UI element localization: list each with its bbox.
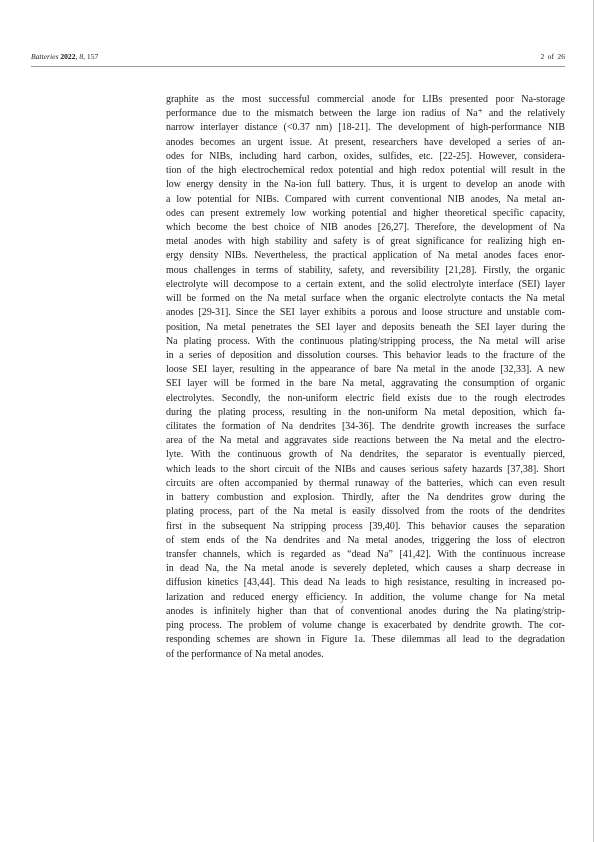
text-line: in a series of deposition and dissolutio… [166, 349, 565, 363]
text-line: diffusion kinetics [43,44]. This dead Na… [166, 576, 565, 590]
journal-name: Batteries [31, 52, 58, 61]
text-line: circuits are often accompanied by therma… [166, 477, 565, 491]
text-line: SEI layer will be formed in the bare Na … [166, 377, 565, 391]
text-line: of stem ends of the Na dendrites and Na … [166, 534, 565, 548]
text-line: will be formed on the Na metal surface w… [166, 292, 565, 306]
text-line: odes for NIBs, including hard carbon, ox… [166, 150, 565, 164]
text-line: anodes [29-31]. Since the SEI layer exhi… [166, 306, 565, 320]
text-line: during the plating process, resulting in… [166, 406, 565, 420]
page-number: 2 of 26 [540, 52, 565, 62]
page-edge-divider [593, 0, 594, 842]
text-line: responding schemes are shown in Figure 1… [166, 633, 565, 647]
journal-volume: 8 [79, 52, 83, 61]
running-header: Batteries 2022, 8, 157 2 of 26 [31, 52, 565, 66]
text-line: performance due to the mismatch between … [166, 107, 565, 121]
text-line: ping process. The problem of volume chan… [166, 619, 565, 633]
text-line: graphite as the most successful commerci… [166, 93, 565, 107]
text-line: metal anodes with high stability and saf… [166, 235, 565, 249]
text-line: a low potential for NIBs. Compared with … [166, 193, 565, 207]
text-line: transfer channels, which is regarded as … [166, 548, 565, 562]
article-number: 157 [87, 52, 98, 61]
journal-year: 2022 [60, 52, 75, 61]
text-line: narrow interlayer distance (<0.37 nm) [1… [166, 121, 565, 135]
text-line: which leads to the short circuit of the … [166, 463, 565, 477]
text-line: cilitates the formation of Na dendrites … [166, 420, 565, 434]
text-line: lyte. With the continuous growth of Na d… [166, 448, 565, 462]
text-line: area of the Na metal and aggravates side… [166, 434, 565, 448]
text-line: in dead Na, the Na metal anode is severe… [166, 562, 565, 576]
text-line: in battery combustion and explosion. Thi… [166, 491, 565, 505]
body-paragraph: graphite as the most successful commerci… [166, 93, 565, 662]
text-line: electrolytes. Secondly, the non-uniform … [166, 392, 565, 406]
text-line: odes can present extremely low working p… [166, 207, 565, 221]
text-line: anodes becomes an urgent issue. At prese… [166, 136, 565, 150]
header-rule [31, 66, 565, 67]
text-line: tion of the high electrochemical redox p… [166, 164, 565, 178]
text-line: loose SEI layer, resulting in the appear… [166, 363, 565, 377]
text-line: of the performance of Na metal anodes. [166, 648, 565, 662]
text-line: first in the subsequent Na stripping pro… [166, 520, 565, 534]
text-line: low energy density in the Na-ion full ba… [166, 178, 565, 192]
text-line: ergy density NIBs. Nevertheless, the pra… [166, 249, 565, 263]
text-line: plating process, part of the Na metal is… [166, 505, 565, 519]
text-line: electrolyte will decompose to a certain … [166, 278, 565, 292]
text-line: larization and reduced energy efficiency… [166, 591, 565, 605]
text-line: Na plating process. With the continuous … [166, 335, 565, 349]
text-line: which become the best choice of NIB anod… [166, 221, 565, 235]
text-line: anodes is infinitely higher than that of… [166, 605, 565, 619]
journal-citation: Batteries 2022, 8, 157 [31, 52, 98, 62]
text-line: mous challenges in terms of stability, s… [166, 264, 565, 278]
text-line: position, Na metal penetrates the SEI la… [166, 321, 565, 335]
